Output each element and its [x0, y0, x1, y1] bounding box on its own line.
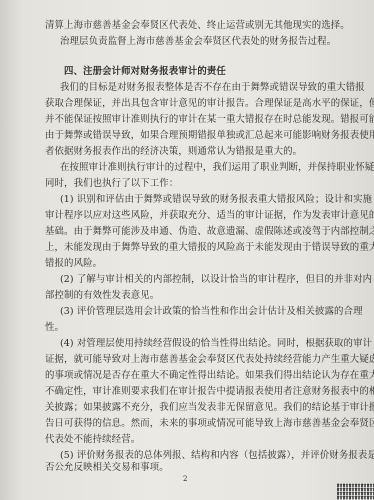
text-line: 部控制的有效性发表意见。: [45, 290, 159, 302]
text-line: 由于舞弊或错误导致，如果合理预期错报单独或汇总起来可能影响财务报表使用: [45, 130, 374, 142]
text-line: 关披露；如果披露不充分，我们应当发表非无保留意见。我们的结论基于审计报: [45, 402, 374, 414]
list-item-2: (2) 了解与审计相关的内部控制，以设计恰当的审计程序，但目的并非对内: [60, 274, 372, 286]
text-line: 的事项或情况是否存在重大不确定性得出结论。如果我们得出结论认为存在重大: [45, 370, 374, 382]
text-line: 者依据财务报表作出的经济决策，则通常认为错报是重大的。: [45, 146, 302, 158]
text-line: 证据，就可能导致对上海市慈善基金会奉贤区代表处持续经营能力产生重大疑虑: [45, 354, 374, 366]
text-line: 不确定性，审计准则要求我们在审计报告中提请报表使用者注意财务报表中的相: [45, 386, 374, 398]
text-line: 代表处不能持续经营。: [45, 434, 140, 446]
text-line: 获取合理保证，并出具包含审计意见的审计报告。合理保证是高水平的保证，但: [45, 98, 374, 110]
page-number: 2: [183, 475, 187, 483]
document-page: 清算上海市慈善基金会奉贤区代表处、终止运营或别无其他现实的选择。 治理层负责监督…: [0, 0, 374, 500]
text-line: 基础。由于舞弊可能涉及串通、伪造、故意遗漏、虚假陈述或凌驾于内部控制之: [45, 226, 374, 238]
text-line: 上，未能发现由于舞弊导致的重大错报的风险高于未能发现由于错误导致的重大: [45, 242, 374, 254]
list-item-5: (5) 评价财务报表的总体列报、结构和内容（包括披露），并评价财务报表是: [60, 450, 374, 462]
text-line: 同时，我们也执行了以下工作：: [45, 178, 178, 190]
list-item-1: (1) 识别和评估由于舞弊或错误导致的财务报表重大错报风险；设计和实施: [60, 194, 372, 206]
text-line: 性。: [45, 322, 64, 334]
text-line: 我们的目标是对财务报表整体是否不存在由于舞弊或错误导致的重大错报: [60, 82, 365, 94]
text-line: 错报的风险。: [45, 258, 102, 270]
qr-code-icon: [337, 483, 374, 500]
text-line: 并不能保证按照审计准则执行的审计在某一重大错报存在时总能发现。错报可能: [45, 114, 374, 126]
text-line: 清算上海市慈善基金会奉贤区代表处、终止运营或别无其他现实的选择。: [45, 20, 350, 32]
text-line: 在按照审计准则执行审计的过程中，我们运用了职业判断，并保持职业怀疑。: [60, 162, 374, 174]
list-item-3: (3) 评价管理层选用会计政策的恰当性和作出会计估计及相关披露的合理: [60, 306, 363, 318]
text-line: 审计程序以应对这些风险，并获取充分、适当的审计证据，作为发表审计意见的: [45, 210, 374, 222]
text-line: 告日可获得的信息。然而，未来的事项或情况可能导致上海市慈善基金会奉贤区: [45, 418, 374, 430]
text-line: 治理层负责监督上海市慈善基金会奉贤区代表处的财务报告过程。: [60, 36, 336, 48]
text-line: 否公允反映相关交易和事项。: [45, 462, 169, 474]
list-item-4: (4) 对管理层使用持续经营假设的恰当性得出结论。同时，根据获取的审计: [60, 338, 372, 350]
section-heading: 四、注册会计师对财务报表审计的责任: [64, 66, 226, 78]
